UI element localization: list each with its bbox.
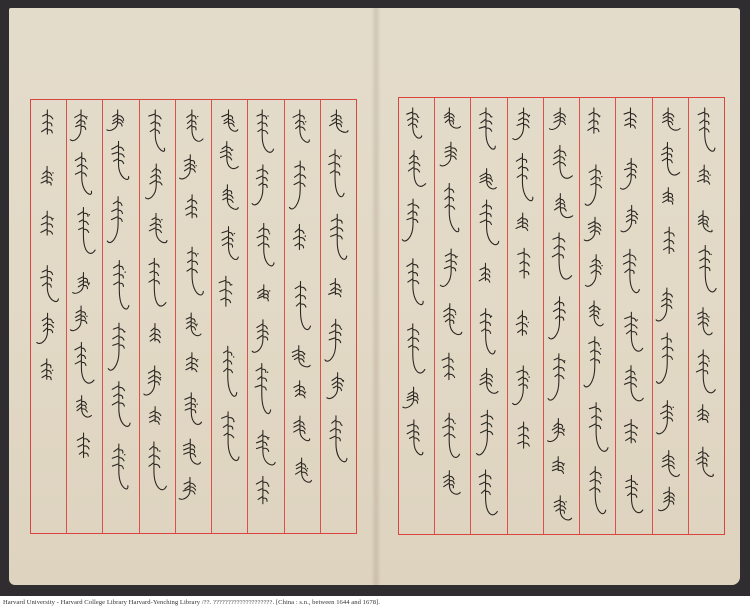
text-column [399, 98, 434, 534]
text-column [175, 100, 211, 533]
manchu-script-glyphs [248, 100, 283, 533]
text-column [615, 98, 651, 534]
manchu-script-glyphs [471, 98, 506, 534]
manchu-script-glyphs [544, 98, 579, 534]
manchu-script-glyphs [212, 100, 247, 533]
manchu-script-glyphs [689, 98, 724, 534]
left-page-text-frame [30, 99, 357, 534]
manchu-script-glyphs [285, 100, 320, 533]
text-column [102, 100, 138, 533]
manchu-script-glyphs [508, 98, 543, 534]
text-column [139, 100, 175, 533]
text-column [579, 98, 615, 534]
text-column [320, 100, 356, 533]
text-column [507, 98, 543, 534]
manchu-script-glyphs [103, 100, 138, 533]
text-column [211, 100, 247, 533]
text-column [688, 98, 724, 534]
text-column [284, 100, 320, 533]
text-column [31, 100, 66, 533]
manchu-script-glyphs [616, 98, 651, 534]
text-column [543, 98, 579, 534]
manchu-script-glyphs [67, 100, 102, 533]
manchu-script-glyphs [321, 100, 356, 533]
text-column [652, 98, 688, 534]
manchu-script-glyphs [176, 100, 211, 533]
text-column [247, 100, 283, 533]
text-column [434, 98, 470, 534]
text-column [66, 100, 102, 533]
manchu-script-glyphs [399, 98, 434, 534]
manchu-script-glyphs [653, 98, 688, 534]
book-spine [371, 8, 381, 585]
text-column [470, 98, 506, 534]
right-page-text-frame [398, 97, 725, 535]
manchu-script-glyphs [31, 100, 66, 533]
manchu-script-glyphs [140, 100, 175, 533]
manchu-script-glyphs [435, 98, 470, 534]
manchu-script-glyphs [580, 98, 615, 534]
library-caption: Harvard University - Harvard College Lib… [3, 599, 380, 606]
